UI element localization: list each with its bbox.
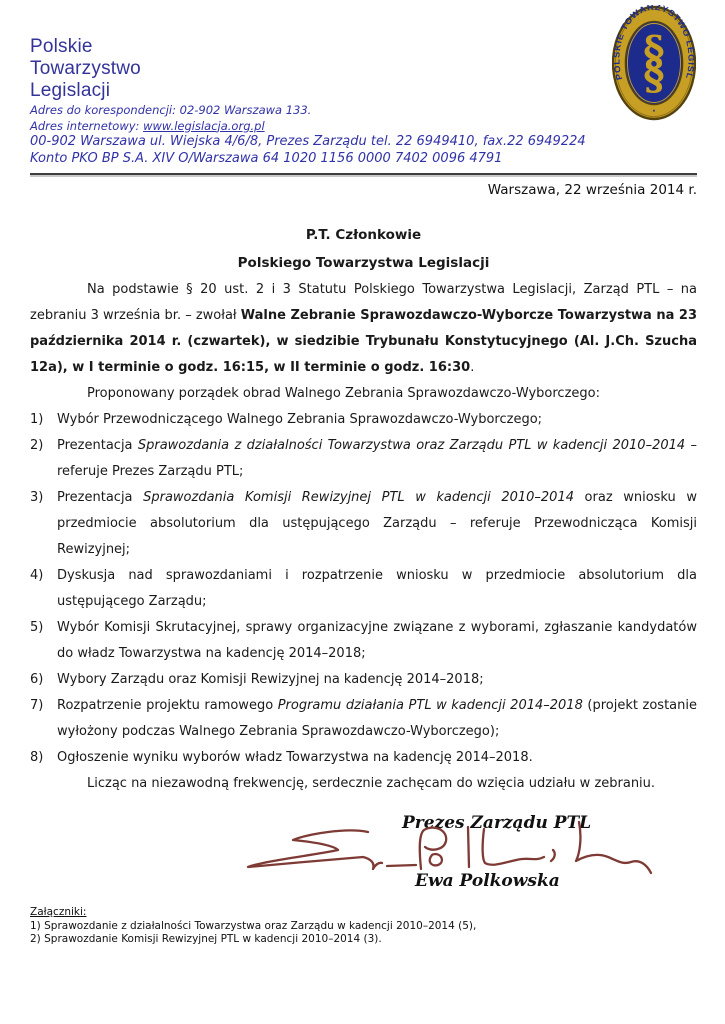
address-internet[interactable]: Adres internetowy: www.legislacja.org.pl [30, 119, 697, 134]
org-name-line3: Legislacji [30, 80, 697, 102]
signer-name: Ewa Polkowska [415, 871, 560, 891]
agenda-item-text: Prezentacja Sprawozdania z działalności … [57, 433, 697, 485]
agenda-item-number: 2) [30, 433, 57, 485]
agenda-item: 3) Prezentacja Sprawozdania Komisji Rewi… [30, 485, 697, 563]
attachment-item: 2) Sprawozdanie Komisji Rewizyjnej PTL w… [30, 933, 476, 947]
agenda-item: 4) Dyskusja nad sprawozdaniami i rozpatr… [30, 563, 697, 615]
seal-bottom-dot: · [652, 107, 655, 117]
agenda-item-text: Dyskusja nad sprawozdaniami i rozpatrzen… [57, 563, 697, 615]
organization-name: Polskie Towarzystwo Legislacji [30, 36, 697, 102]
signature-block: Prezes Zarządu PTL Ewa Polkowska [30, 811, 697, 907]
letter-page: Polskie Towarzystwo Legislacji Adres do … [0, 0, 725, 1024]
recipient-line2: Polskiego Towarzystwa Legislacji [30, 249, 697, 277]
attachments-heading: Załączniki: [30, 906, 476, 920]
recipient-block: P.T. Członkowie Polskiego Towarzystwa Le… [30, 221, 697, 277]
address-bank-account: Konto PKO BP S.A. XIV O/Warszawa 64 1020… [30, 151, 697, 167]
agenda-item-number: 8) [30, 745, 57, 771]
agenda-item-text: Wybór Przewodniczącego Walnego Zebrania … [57, 407, 697, 433]
address-correspondence: Adres do korespondencji: 02-902 Warszawa… [30, 103, 697, 118]
agenda-item-text: Ogłoszenie wyniku wyborów władz Towarzys… [57, 745, 697, 771]
attachments-footer: Załączniki: 1) Sprawozdanie z działalnoś… [30, 906, 476, 947]
org-name-line1: Polskie [30, 36, 697, 58]
agenda-item: 6) Wybory Zarządu oraz Komisji Rewizyjne… [30, 667, 697, 693]
agenda-item-text: Wybór Komisji Skrutacyjnej, sprawy organ… [57, 615, 697, 667]
agenda-item: 7) Rozpatrzenie projektu ramowego Progra… [30, 693, 697, 745]
agenda-item: 8) Ogłoszenie wyniku wyborów władz Towar… [30, 745, 697, 771]
agenda-item-number: 5) [30, 615, 57, 667]
ptl-seal-logo: POLSKIE TOWARZYSTWO LEGISLACJI · § § [612, 5, 696, 121]
agenda-item-text: Rozpatrzenie projektu ramowego Programu … [57, 693, 697, 745]
seal-icon: POLSKIE TOWARZYSTWO LEGISLACJI · § § [612, 5, 696, 121]
letterhead: Polskie Towarzystwo Legislacji Adres do … [30, 0, 697, 167]
agenda-item-number: 7) [30, 693, 57, 745]
agenda-item: 2) Prezentacja Sprawozdania z działalnoś… [30, 433, 697, 485]
agenda-item-number: 3) [30, 485, 57, 563]
closing-paragraph: Licząc na niezawodną frekwencję, serdecz… [30, 771, 697, 797]
agenda-item-number: 1) [30, 407, 57, 433]
agenda-item: 1) Wybór Przewodniczącego Walnego Zebran… [30, 407, 697, 433]
recipient-line1: P.T. Członkowie [30, 221, 697, 249]
agenda-item-text: Wybory Zarządu oraz Komisji Rewizyjnej n… [57, 667, 697, 693]
address-street-phone: 00-902 Warszawa ul. Wiejska 4/6/8, Preze… [30, 134, 697, 150]
attachment-item: 1) Sprawozdanie z działalności Towarzyst… [30, 920, 476, 934]
agenda-item: 5) Wybór Komisji Skrutacyjnej, sprawy or… [30, 615, 697, 667]
agenda-item-text: Prezentacja Sprawozdania Komisji Rewizyj… [57, 485, 697, 563]
agenda-intro: Proponowany porządek obrad Walnego Zebra… [30, 381, 697, 407]
agenda-list: 1) Wybór Przewodniczącego Walnego Zebran… [30, 407, 697, 771]
agenda-item-number: 6) [30, 667, 57, 693]
opening-paragraph: Na podstawie § 20 ust. 2 i 3 Statutu Pol… [30, 277, 697, 381]
org-name-line2: Towarzystwo [30, 58, 697, 80]
date-line: Warszawa, 22 września 2014 r. [30, 181, 697, 199]
header-divider [30, 173, 697, 177]
seal-paragraph-symbol-bottom: § [643, 51, 664, 99]
agenda-item-number: 4) [30, 563, 57, 615]
